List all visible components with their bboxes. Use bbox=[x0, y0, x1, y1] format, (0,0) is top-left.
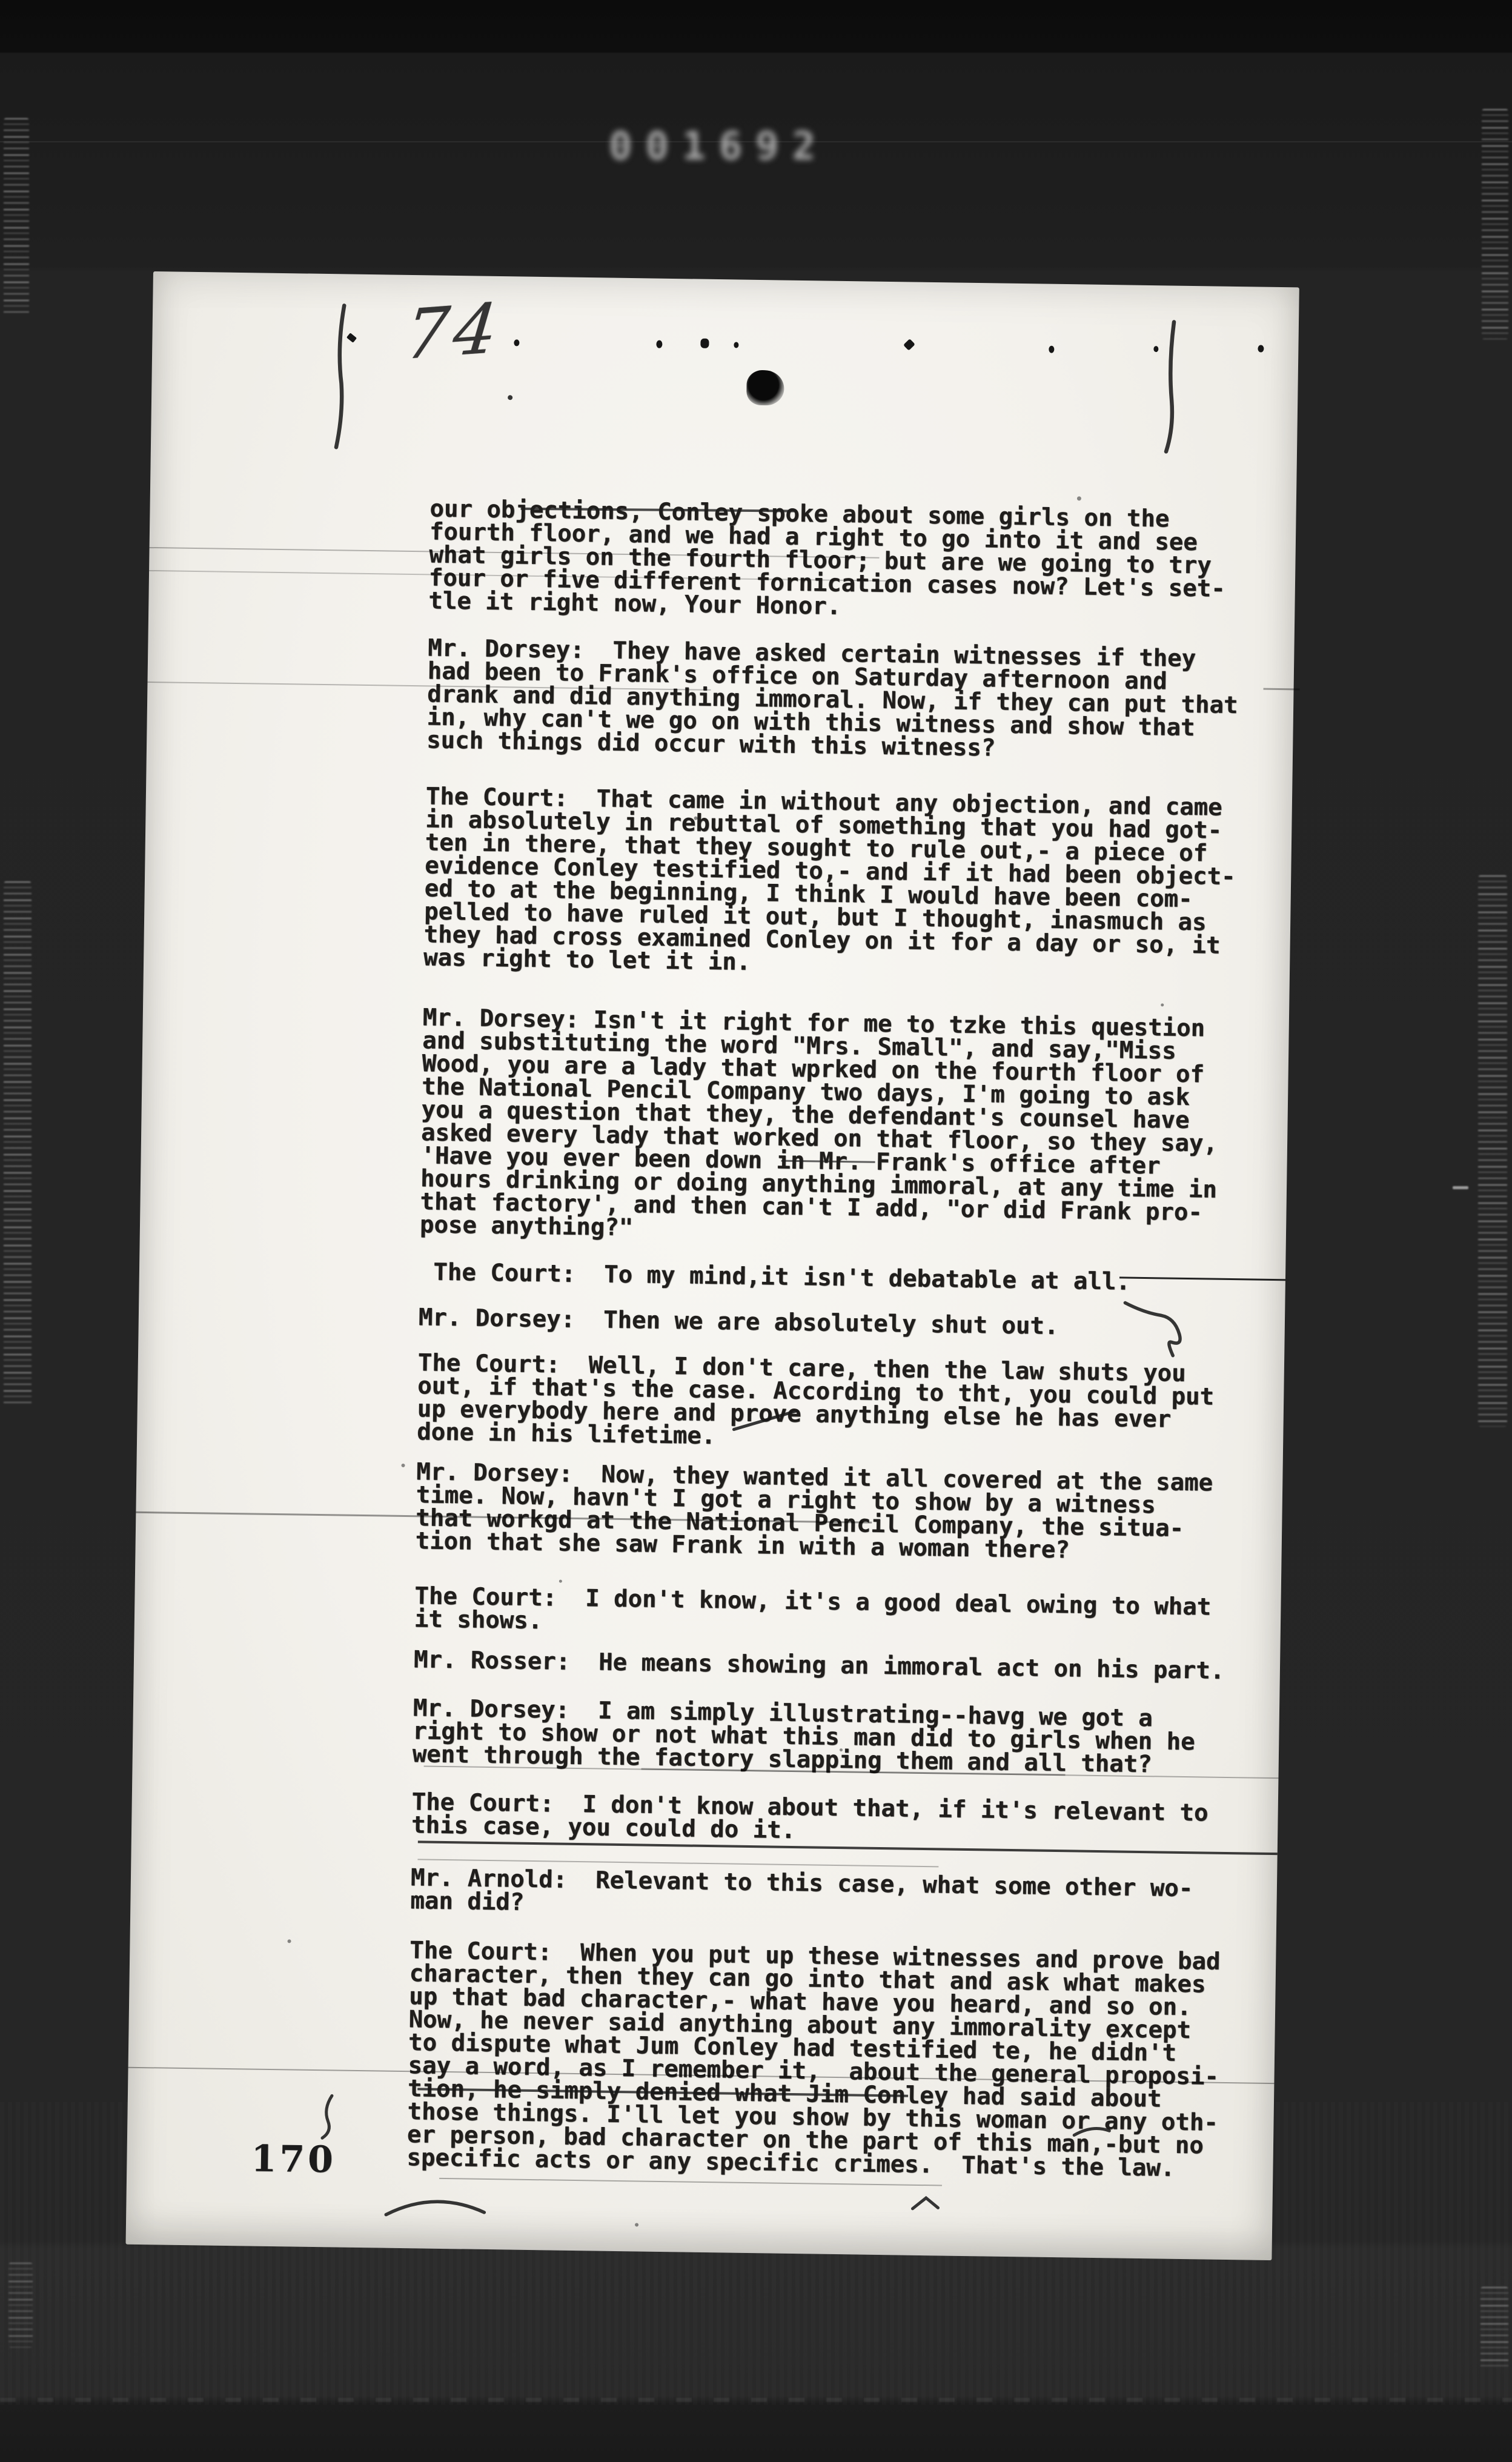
transcript-paragraph: The Court: I don't know, it's a good dea… bbox=[414, 1585, 1212, 1642]
page-speck bbox=[1077, 496, 1081, 500]
page-speck bbox=[514, 339, 519, 346]
transcript-paragraph: Mr. Dorsey: I am simply illustrating--ha… bbox=[413, 1697, 1196, 1777]
transcript-paragraph: The Court: Well, I don't care, then the … bbox=[417, 1352, 1215, 1455]
transcript-paragraph: Mr. Rosser: He means showing an immoral … bbox=[414, 1648, 1225, 1683]
pen-stroke-right bbox=[1166, 322, 1174, 451]
film-edge-scratch bbox=[1478, 875, 1507, 1427]
transcript-paragraph: our objections, Conley spoke about some … bbox=[428, 497, 1226, 623]
page-speck bbox=[401, 1464, 405, 1467]
film-edge-scratch bbox=[4, 118, 29, 318]
film-edge-scratch bbox=[8, 2263, 33, 2348]
film-frame-edge bbox=[0, 2398, 1512, 2402]
microfilm-frame: 001692 74 our objections, Conley spoke bbox=[0, 0, 1512, 2462]
crease-line bbox=[1264, 688, 1300, 691]
film-edge-scratch bbox=[1482, 109, 1508, 339]
page-speck bbox=[559, 1580, 562, 1583]
transcript-paragraph: The Court: When you put up these witness… bbox=[406, 1939, 1221, 2181]
page-speck bbox=[346, 333, 357, 343]
arc-below-page-number bbox=[386, 2201, 484, 2216]
squiggle-above-page-number bbox=[322, 2095, 332, 2138]
page-speck bbox=[287, 1939, 291, 1943]
film-edge-scratch bbox=[4, 881, 31, 1409]
film-scratch-dash bbox=[1453, 1186, 1468, 1189]
pen-stroke-left bbox=[336, 305, 344, 447]
page-speck bbox=[903, 339, 915, 351]
pen-dot bbox=[508, 395, 512, 400]
crease-line bbox=[439, 2178, 942, 2186]
page-speck bbox=[1161, 1003, 1164, 1006]
printed-page-number: 170 bbox=[251, 2138, 336, 2182]
transcript-paragraph: Mr. Dorsey: Now, they wanted it all cove… bbox=[416, 1461, 1213, 1564]
page-speck bbox=[635, 2223, 638, 2226]
film-edge-scratch bbox=[1480, 2287, 1508, 2369]
transcript-paragraph: Mr. Dorsey: They have asked certain witn… bbox=[426, 637, 1239, 763]
handwritten-folio-number: 74 bbox=[402, 288, 505, 375]
frame-number-stamp: 001692 bbox=[609, 124, 829, 169]
page-speck bbox=[700, 339, 709, 348]
transcript-paragraph: The Court: That came in without any obje… bbox=[423, 785, 1236, 981]
transcript-paragraph: Mr. Dorsey: Isn't it right for me to tzk… bbox=[420, 1006, 1219, 1247]
caret-mark bbox=[912, 2198, 938, 2209]
page-speck bbox=[734, 342, 738, 348]
transcript-paragraph: Mr. Arnold: Relevant to this case, what … bbox=[410, 1866, 1193, 1923]
page-speck bbox=[1153, 346, 1158, 352]
document-page: 74 our objections, Conley spoke about so… bbox=[126, 271, 1299, 2260]
drawn-dash-line bbox=[1119, 1276, 1289, 1281]
transcript-paragraph: Mr. Dorsey: Then we are absolutely shut … bbox=[419, 1306, 1059, 1338]
transcript-paragraph: The Court: To my mind,it isn't debatable… bbox=[419, 1261, 1130, 1293]
ink-blot bbox=[746, 370, 784, 406]
page-speck bbox=[1049, 346, 1054, 353]
transcript-paragraph: The Court: I don't know about that, if i… bbox=[411, 1791, 1209, 1848]
page-speck bbox=[656, 340, 662, 348]
page-speck bbox=[1258, 345, 1264, 352]
checkmark-squiggle bbox=[1124, 1303, 1181, 1356]
